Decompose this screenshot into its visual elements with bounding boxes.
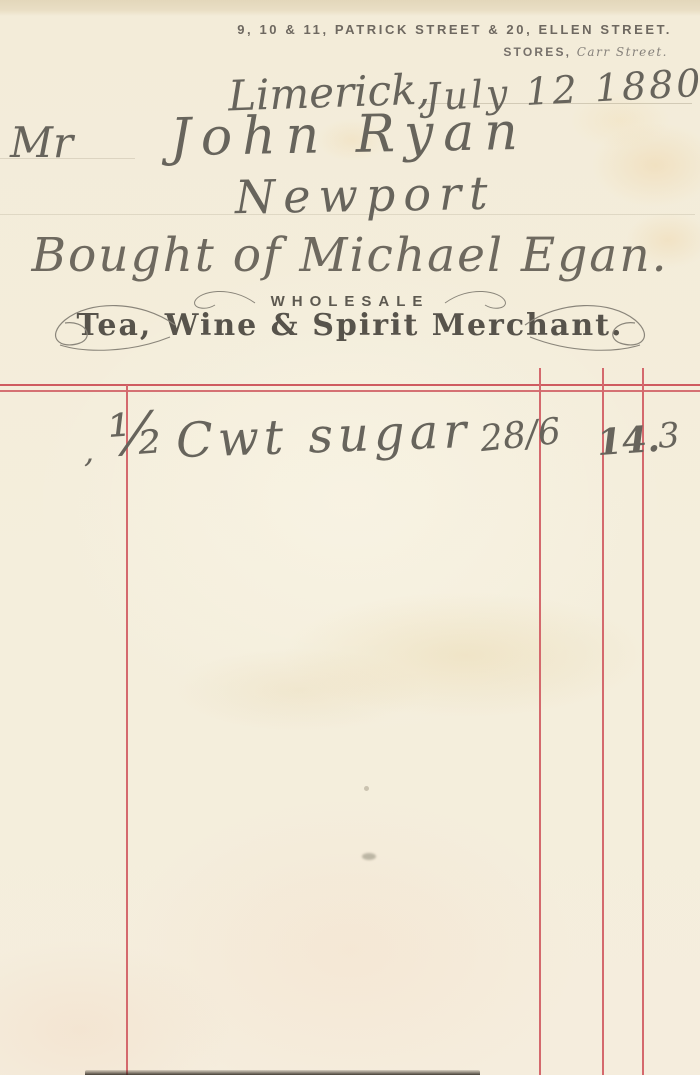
item-description: Cwt sugar	[175, 403, 472, 469]
column-rule-price	[539, 368, 541, 1075]
item-amount-shillings: 14.	[596, 418, 661, 464]
flourish-ornament-mid-right	[440, 283, 510, 313]
flourish-ornament-left	[30, 295, 180, 355]
letterhead-address-line2: STORES, Carr Street.	[503, 45, 668, 59]
paper-speck	[362, 853, 376, 860]
stores-street: Carr Street.	[577, 45, 668, 59]
flourish-ornament-right	[520, 295, 670, 355]
table-head-rule-top	[0, 384, 700, 386]
invoice-document: 9, 10 & 11, PATRICK STREET & 20, ELLEN S…	[0, 0, 700, 1075]
flourish-ornament-mid-left	[190, 283, 260, 313]
item-quantity: ½	[106, 398, 167, 470]
column-rule-shillings	[602, 368, 604, 1075]
item-rate: 28/6	[478, 411, 563, 460]
table-head-rule-bottom	[0, 390, 700, 392]
paper-speck	[364, 786, 369, 791]
bought-of-title: Bought of Michael Egan.	[0, 228, 700, 283]
handwritten-salutation: Mr	[10, 118, 73, 167]
item-amount-pence: 3	[657, 415, 681, 456]
item-mark: ,	[84, 432, 94, 470]
stores-label: STORES,	[503, 45, 571, 59]
handwritten-customer-address: Newport	[235, 166, 496, 225]
column-rule-pence	[642, 368, 644, 1075]
column-rule-left	[126, 385, 128, 1075]
handwritten-customer-name: John Ryan	[170, 102, 529, 168]
letterhead-address-line1: 9, 10 & 11, PATRICK STREET & 20, ELLEN S…	[237, 22, 672, 37]
scan-edge-shadow	[85, 1070, 480, 1075]
